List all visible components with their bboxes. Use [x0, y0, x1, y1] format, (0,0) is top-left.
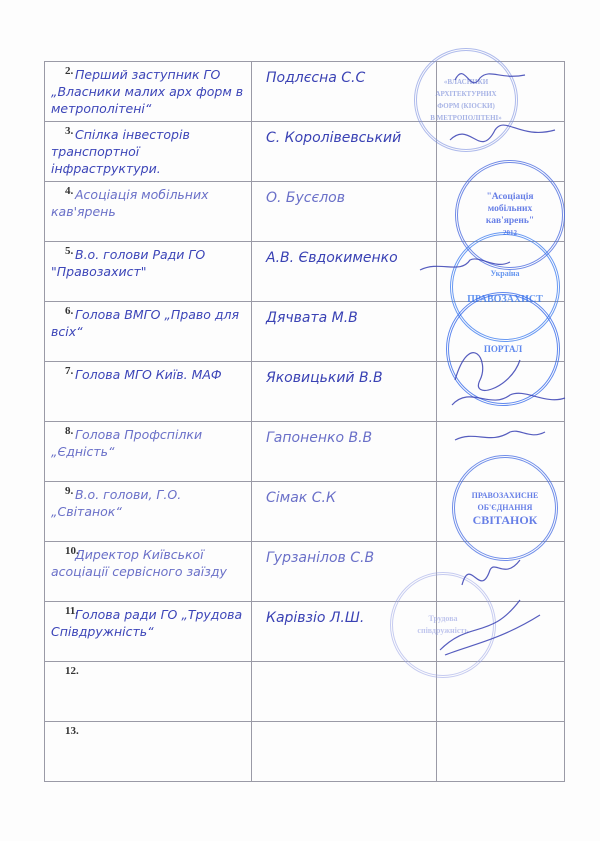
- organization-text: В.о. голови Ради ГО "Правозахист": [51, 246, 249, 280]
- name-cell: А.В. Євдокименко: [252, 242, 437, 302]
- signer-name: С. Королівевський: [266, 130, 401, 146]
- signer-name: О. Бусєлов: [266, 190, 345, 206]
- signer-name: А.В. Євдокименко: [266, 250, 398, 266]
- signer-name: Подлєсна С.С: [266, 70, 365, 86]
- organization-text: Голова ради ГО „Трудова Співдружність“: [51, 606, 249, 640]
- organization-cell: 7. Голова МГО Київ. МАФ: [45, 362, 252, 422]
- organization-cell: 10. Директор Київської асоціації сервісн…: [45, 542, 252, 602]
- row-number: 12.: [65, 665, 79, 677]
- signer-name: Гурзанілов С.В: [266, 550, 374, 566]
- organization-text: Голова ВМГО „Право для всіх“: [51, 306, 249, 340]
- organization-text: Голова МГО Київ. МАФ: [51, 366, 249, 383]
- name-cell: О. Бусєлов: [252, 182, 437, 242]
- stamp-arch-forms: «ВЛАСНИКИАРХІТЕКТУРНИХФОРМ (КІОСКИ)В МЕТ…: [414, 48, 518, 152]
- organization-text: Директор Київської асоціації сервісного …: [51, 546, 249, 580]
- name-cell: Яковицький В.В: [252, 362, 437, 422]
- organization-cell: 3. Спілка інвесторів транспортної інфрас…: [45, 122, 252, 182]
- signer-name: Гапоненко В.В: [266, 430, 372, 446]
- organization-cell: 11. Голова ради ГО „Трудова Співдружніст…: [45, 602, 252, 662]
- signer-name: Яковицький В.В: [266, 370, 383, 386]
- name-cell: Подлєсна С.С: [252, 62, 437, 122]
- organization-cell: 8. Голова Профспілки „Єдність“: [45, 422, 252, 482]
- organization-cell: 12.: [45, 662, 252, 722]
- name-cell: [252, 662, 437, 722]
- table-row: 12.: [45, 662, 565, 722]
- signature-cell: [437, 722, 565, 782]
- signer-name: Сімак С.К: [266, 490, 336, 506]
- organization-cell: 13.: [45, 722, 252, 782]
- organization-cell: 9. В.о. голови, Г.О. „Світанок“: [45, 482, 252, 542]
- organization-text: В.о. голови, Г.О. „Світанок“: [51, 486, 249, 520]
- name-cell: [252, 722, 437, 782]
- organization-text: Асоціація мобільних кав'ярень: [51, 186, 249, 220]
- name-cell: Гапоненко В.В: [252, 422, 437, 482]
- organization-cell: 4. Асоціація мобільних кав'ярень: [45, 182, 252, 242]
- row-number: 13.: [65, 725, 79, 737]
- table-row: 13.: [45, 722, 565, 782]
- organization-text: Перший заступник ГО „Власники малих арх …: [51, 66, 249, 117]
- organization-text: Голова Профспілки „Єдність“: [51, 426, 249, 460]
- stamp-portal: ПОРТАЛ: [446, 292, 560, 406]
- name-cell: Дячвата М.В: [252, 302, 437, 362]
- signer-name: Карівзіо Л.Ш.: [266, 610, 364, 626]
- organization-text: Спілка інвесторів транспортної інфрастру…: [51, 126, 249, 177]
- organization-cell: 5. В.о. голови Ради ГО "Правозахист": [45, 242, 252, 302]
- organization-cell: 6. Голова ВМГО „Право для всіх“: [45, 302, 252, 362]
- stamp-svitanok: ПРАВОЗАХИСНЕОБ'ЄДНАННЯСВІТАНОК: [452, 455, 558, 561]
- name-cell: С. Королівевський: [252, 122, 437, 182]
- signer-name: Дячвата М.В: [266, 310, 358, 326]
- scanned-document-page: 2. Перший заступник ГО „Власники малих а…: [0, 0, 600, 841]
- stamp-trudova: Трудоваспівдружність: [390, 572, 496, 678]
- name-cell: Сімак С.К: [252, 482, 437, 542]
- organization-cell: 2. Перший заступник ГО „Власники малих а…: [45, 62, 252, 122]
